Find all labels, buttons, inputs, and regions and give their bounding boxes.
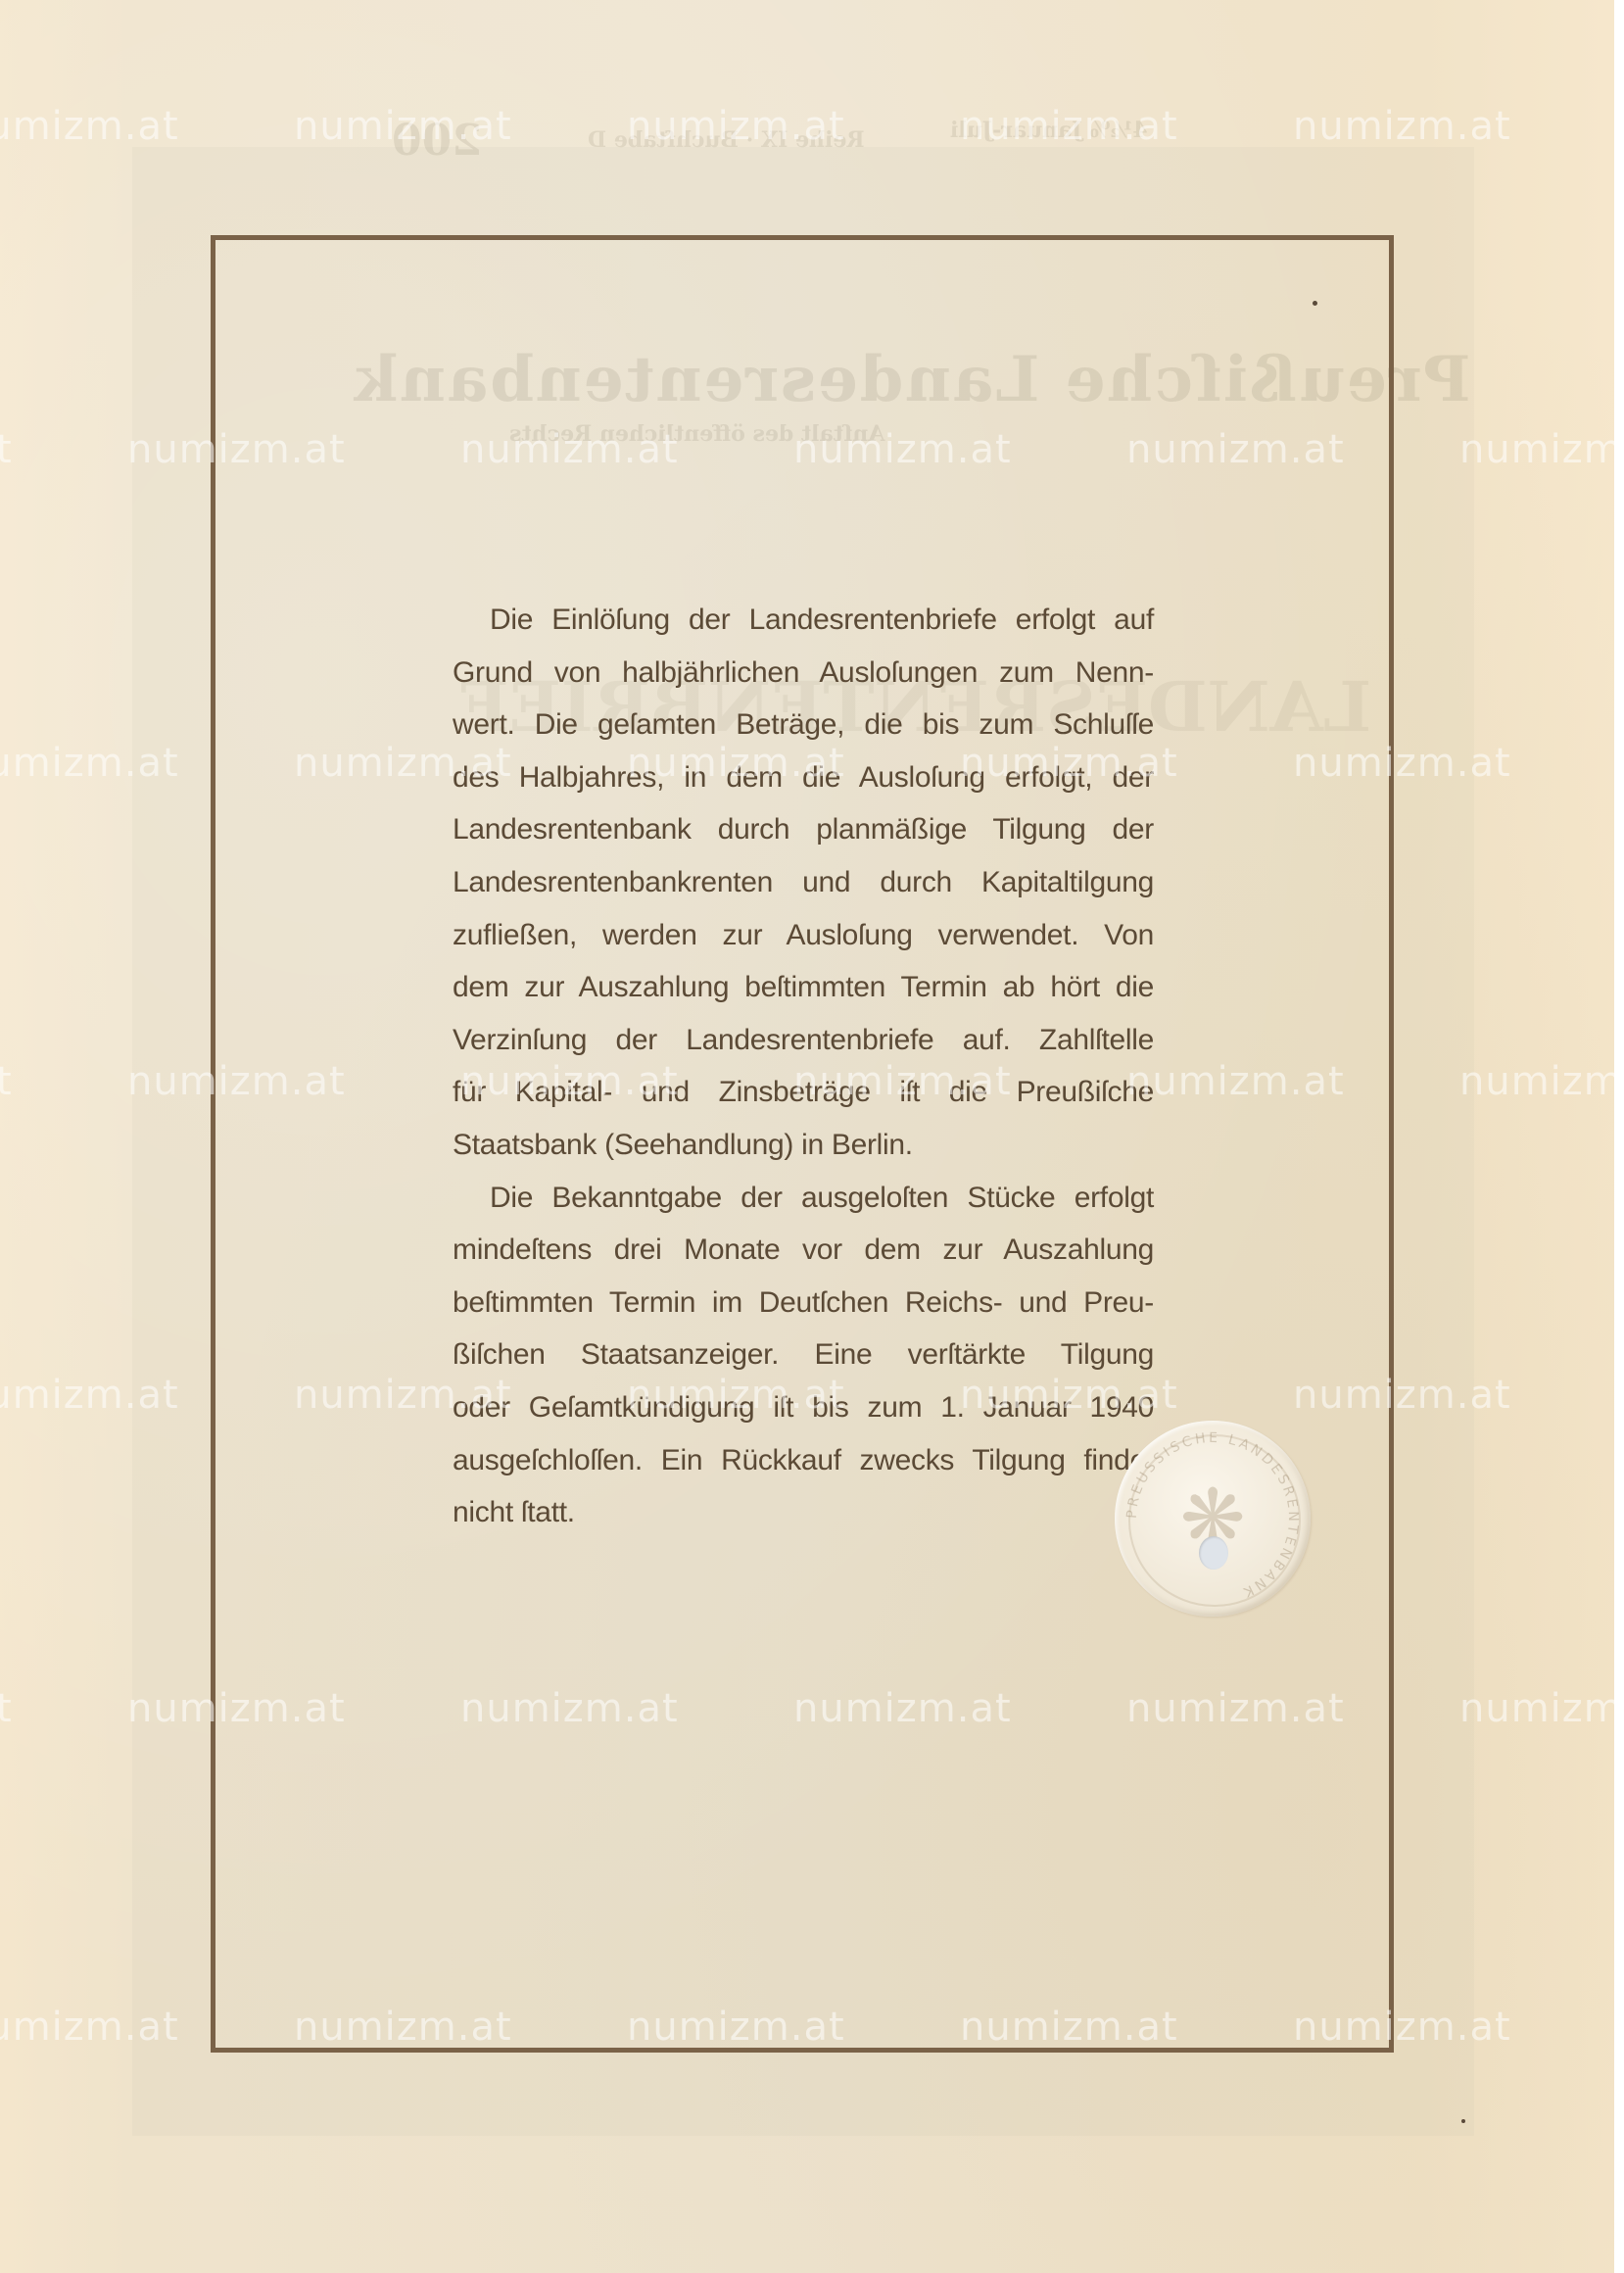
watermark-text: numizm.at [1459, 1686, 1624, 1731]
watermark-text: numizm.at [294, 741, 512, 786]
watermark-text: numizm.at [793, 1059, 1012, 1104]
watermark-text: numizm.at [960, 2005, 1178, 2050]
watermark-text: numizm.at [627, 1373, 845, 1418]
text-line: Die Bekanntgabe der ausgeloſten Stücke e… [453, 1172, 1154, 1225]
text-line: Landesrentenbank durch planmäßige Tilgun… [453, 803, 1154, 856]
watermark-text: numizm.at [1293, 1373, 1511, 1418]
watermark-text: numizm.at [1293, 104, 1511, 149]
text-line: Die Einlöſung der Landesrentenbriefe erf… [453, 594, 1154, 647]
text-line: Grund von halbjährlichen Ausloſungen zum… [453, 647, 1154, 700]
watermark-text: numizm.at [960, 1373, 1178, 1418]
watermark-text: numizm.at [1126, 427, 1345, 472]
watermark-text: numizm.at [1126, 1059, 1345, 1104]
watermark-text: numizm.at [1293, 2005, 1511, 2050]
paper-speck [1313, 301, 1317, 306]
punch-hole [1199, 1536, 1228, 1570]
watermark-text: numizm.at [627, 104, 845, 149]
paper-speck [1461, 2119, 1465, 2123]
text-line: Staatsbank (Seehandlung) in Berlin. [453, 1119, 1154, 1172]
watermark-text: numizm.at [460, 1059, 679, 1104]
text-line: dem zur Auszahlung beſtimmten Termin ab … [453, 961, 1154, 1014]
watermark-text: numizm.at [793, 427, 1012, 472]
watermark-text: numizm.at [627, 741, 845, 786]
watermark-text: numizm.at [127, 427, 346, 472]
text-line: mindeſtens drei Monate vor dem zur Ausza… [453, 1224, 1154, 1277]
watermark-text: numizm.at [0, 1059, 13, 1104]
watermark-text: numizm.at [0, 1373, 179, 1418]
watermark-text: numizm.at [1126, 1686, 1345, 1731]
text-line: nicht ſtatt. [453, 1486, 1154, 1539]
watermark-text: numizm.at [1459, 427, 1624, 472]
watermark-text: numizm.at [960, 741, 1178, 786]
text-line: beſtimmten Termin im Deutſchen Reichs- u… [453, 1277, 1154, 1330]
watermark-text: numizm.at [0, 104, 179, 149]
watermark-text: numizm.at [1293, 741, 1511, 786]
watermark-text: numizm.at [460, 427, 679, 472]
text-line: ausgeſchloſſen. Ein Rückkauf zwecks Tilg… [453, 1434, 1154, 1487]
watermark-text: numizm.at [294, 104, 512, 149]
watermark-text: numizm.at [960, 104, 1178, 149]
watermark-text: numizm.at [0, 2005, 179, 2050]
embossed-seal: PREUSSISCHE LANDESRENTENBANK ❋ [1115, 1421, 1311, 1617]
watermark-text: numizm.at [294, 1373, 512, 1418]
watermark-text: numizm.at [294, 2005, 512, 2050]
watermark-text: numizm.at [0, 741, 179, 786]
watermark-text: numizm.at [0, 1686, 13, 1731]
watermark-text: numizm.at [1459, 1059, 1624, 1104]
text-line: zufließen, werden zur Ausloſung verwende… [453, 909, 1154, 962]
watermark-text: numizm.at [127, 1686, 346, 1731]
text-line: Landesrentenbankrenten und durch Kapital… [453, 856, 1154, 909]
paragraph-announcement: Die Bekanntgabe der ausgeloſten Stücke e… [453, 1172, 1154, 1539]
watermark-text: numizm.at [460, 1686, 679, 1731]
watermark-text: numizm.at [793, 1686, 1012, 1731]
watermark-text: numizm.at [0, 427, 13, 472]
watermark-text: numizm.at [127, 1059, 346, 1104]
watermark-text: numizm.at [627, 2005, 845, 2050]
